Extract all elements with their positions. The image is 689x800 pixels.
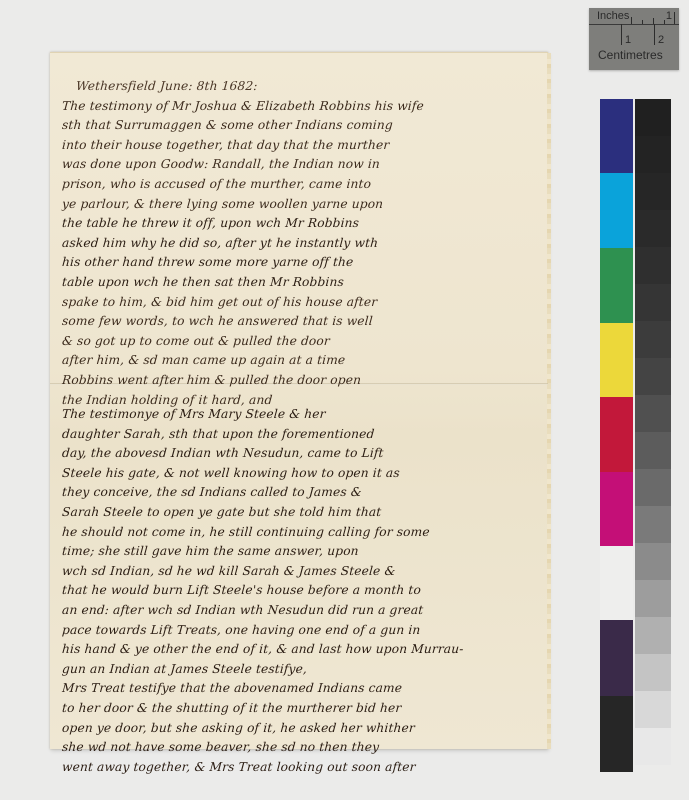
text-line: his other hand threw some more yarne off… bbox=[61, 253, 534, 273]
text-line: was done upon Goodw: Randall, the Indian… bbox=[61, 155, 534, 175]
color-patch-black bbox=[600, 696, 633, 772]
testimony-robbins: Wethersfield June: 8th 1682: The testimo… bbox=[62, 77, 534, 410]
text-line: some few words, to wch he answered that … bbox=[61, 312, 534, 332]
text-line: Sarah Steele to open ye gate but she tol… bbox=[61, 503, 534, 523]
color-patches bbox=[600, 99, 633, 772]
text-line: asked him why he did so, after yt he ins… bbox=[61, 234, 534, 254]
inch-tick bbox=[664, 20, 665, 24]
gray-step bbox=[635, 654, 671, 691]
gray-step bbox=[635, 99, 671, 136]
text-line: an end: after wch sd Indian wth Nesudun … bbox=[61, 601, 534, 621]
cm-mark: 2 bbox=[658, 34, 664, 46]
color-patch-yellow bbox=[600, 323, 633, 397]
cm-tick bbox=[621, 28, 622, 45]
text-line: his hand & ye other the end of it, & and… bbox=[61, 640, 534, 660]
gray-step bbox=[635, 728, 671, 765]
text-line: prison, who is accused of the murther, c… bbox=[61, 175, 534, 195]
inch-tick bbox=[631, 17, 632, 24]
gray-step bbox=[635, 136, 671, 173]
text-line: they conceive, the sd Indians called to … bbox=[61, 483, 534, 503]
text-line: Steele his gate, & not well knowing how … bbox=[61, 464, 534, 484]
text-line: time; she still gave him the same answer… bbox=[61, 542, 534, 562]
gray-step bbox=[635, 432, 671, 469]
centimetres-label: Centimetres bbox=[598, 48, 663, 62]
dateline: Wethersfield June: 8th 1682: bbox=[61, 77, 534, 97]
gray-step bbox=[635, 469, 671, 506]
text-line: The testimonye of Mrs Mary Steele & her bbox=[61, 405, 534, 425]
text-line: she wd not have some beaver, she sd no t… bbox=[61, 738, 534, 758]
inch-tick bbox=[642, 20, 643, 24]
text-line: The testimony of Mr Joshua & Elizabeth R… bbox=[61, 97, 534, 117]
text-line: that he would burn Lift Steele's house b… bbox=[61, 581, 534, 601]
text-line: into their house together, that day that… bbox=[61, 136, 534, 156]
gray-step bbox=[635, 506, 671, 543]
text-line: he should not come in, he still continui… bbox=[61, 523, 534, 543]
text-line: daughter Sarah, sth that upon the foreme… bbox=[61, 425, 534, 445]
color-patch-blue bbox=[600, 99, 633, 173]
text-line: the table he threw it off, upon wch Mr R… bbox=[61, 214, 534, 234]
gray-step bbox=[635, 284, 671, 321]
color-patch-white bbox=[600, 546, 633, 620]
text-line: after him, & sd man came up again at a t… bbox=[61, 351, 534, 371]
text-line: to her door & the shutting of it the mur… bbox=[61, 699, 534, 719]
text-line: pace towards Lift Treats, one having one… bbox=[61, 621, 534, 641]
gray-step bbox=[635, 543, 671, 580]
text-line: Robbins went after him & pulled the door… bbox=[61, 371, 534, 391]
gray-step bbox=[635, 395, 671, 432]
color-patch-violet bbox=[600, 620, 633, 696]
text-line: & so got up to come out & pulled the doo… bbox=[61, 332, 534, 352]
gray-step bbox=[635, 691, 671, 728]
text-line: wch sd Indian, sd he wd kill Sarah & Jam… bbox=[61, 562, 534, 582]
gray-step bbox=[635, 210, 671, 247]
text-line: open ye door, but she asking of it, he a… bbox=[61, 719, 534, 739]
gray-scale bbox=[635, 99, 671, 765]
gray-step bbox=[635, 321, 671, 358]
inch-mark: 1 bbox=[666, 10, 672, 22]
gray-step bbox=[635, 173, 671, 210]
text-line: table upon wch he then sat then Mr Robbi… bbox=[61, 273, 534, 293]
color-patch-green bbox=[600, 248, 633, 323]
inch-tick bbox=[674, 12, 675, 24]
color-patch-cyan bbox=[600, 173, 633, 248]
manuscript-page: Wethersfield June: 8th 1682: The testimo… bbox=[50, 52, 548, 749]
inches-label: Inches bbox=[597, 10, 629, 22]
gray-step bbox=[635, 247, 671, 284]
text-line: spake to him, & bid him get out of his h… bbox=[61, 293, 534, 313]
text-line: ye parlour, & there lying some woollen y… bbox=[61, 195, 534, 215]
testimony-steele: The testimonye of Mrs Mary Steele & her … bbox=[62, 405, 534, 777]
color-patch-red bbox=[600, 397, 633, 472]
cm-tick bbox=[654, 28, 655, 45]
scale-bar: Inches 1 1 2 Centimetres bbox=[589, 8, 679, 70]
text-line: day, the abovesd Indian wth Nesudun, cam… bbox=[61, 444, 534, 464]
gray-step bbox=[635, 617, 671, 654]
color-patch-magenta bbox=[600, 472, 633, 546]
text-line: gun an Indian at James Steele testifye, bbox=[61, 660, 534, 680]
gray-step bbox=[635, 580, 671, 617]
gray-step bbox=[635, 358, 671, 395]
text-line: sth that Surrumaggen & some other Indian… bbox=[61, 116, 534, 136]
text-line: went away together, & Mrs Treat looking … bbox=[61, 758, 534, 778]
scale-divider bbox=[589, 24, 679, 25]
cm-mark: 1 bbox=[625, 34, 631, 46]
text-line: Mrs Treat testifye that the abovenamed I… bbox=[61, 679, 534, 699]
